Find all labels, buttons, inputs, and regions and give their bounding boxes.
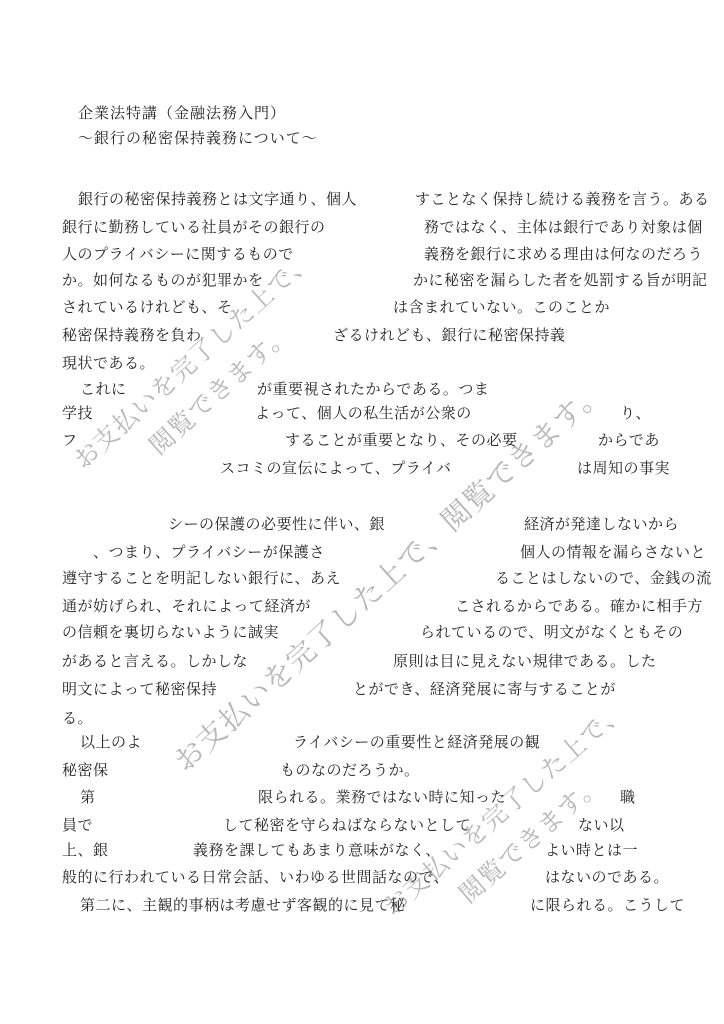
text-fragment: 般的に行われている日常会話、いわゆる世間話なので、 <box>62 870 449 887</box>
text-fragment: の信頼を裏切らないように誠実 <box>62 625 279 642</box>
text-fragment: ることはしないので、金銭の流 <box>495 571 712 588</box>
text-fragment: これに <box>80 382 127 399</box>
text-fragment: 経済が発達しないから <box>524 517 679 534</box>
text-fragment: ない以 <box>578 818 625 835</box>
text-fragment: 、つまり、プライバシーが保護さ <box>93 545 325 562</box>
document-page: お支払いを完了した上で、閲覧できます。お支払いを完了した上で、閲覧できます。お支… <box>0 0 724 1024</box>
text-fragment: よって、個人の私生活が公衆の <box>255 406 472 423</box>
text-fragment: 第二に、主観的事柄は考慮せず客観的に見て秘 <box>80 898 406 915</box>
text-fragment: が重要視されたからである。つま <box>257 382 489 399</box>
text-fragment: 明文によって秘密保持 <box>62 682 217 699</box>
text-fragment: シーの保護の必要性に伴い、銀 <box>168 517 385 534</box>
text-fragment: されているけれども、そ <box>62 300 233 317</box>
text-fragment: すことなく保持し続ける義務を言う。ある <box>415 192 710 209</box>
text-fragment: 原則は目に見えない規律である。した <box>393 654 657 671</box>
document-title: 企業法特講（金融法務入門） <box>78 106 286 123</box>
text-fragment: はないのである。 <box>545 870 669 887</box>
text-fragment: 員で <box>62 818 93 835</box>
text-fragment: り、 <box>620 406 651 423</box>
text-fragment: 人のプライバシーに関するもので <box>62 247 294 264</box>
text-fragment: 銀行の秘密保持義務とは文字通り、個人 <box>78 192 357 209</box>
text-fragment: は周知の事実 <box>577 461 670 478</box>
text-fragment: 第 <box>80 790 96 807</box>
text-fragment: か。如何なるものが犯罪かを <box>62 273 264 290</box>
text-fragment: 秘密保 <box>62 763 109 780</box>
text-fragment: よい時とは一 <box>545 843 638 860</box>
text-fragment: 学技 <box>62 406 93 423</box>
text-fragment: ものなのだろうか。 <box>280 763 420 780</box>
text-fragment: することが重要となり、その必要 <box>285 433 518 450</box>
text-fragment: があると言える。しかしな <box>62 654 248 671</box>
text-fragment: からであ <box>598 433 660 450</box>
text-fragment: は含まれていない。このことか <box>393 300 610 317</box>
text-fragment: こされるからである。確かに相手方 <box>455 599 703 616</box>
text-fragment: 義務を銀行に求める理由は何なのだろう <box>424 247 703 264</box>
text-fragment: る。 <box>62 711 93 728</box>
text-fragment: 務ではなく、主体は銀行であり対象は個 <box>424 220 703 237</box>
text-fragment: られているので、明文がなくともその <box>420 625 683 642</box>
text-fragment: 職 <box>620 790 636 807</box>
text-fragment: フ <box>62 433 78 450</box>
text-fragment: スコミの宣伝によって、プライバ <box>220 461 451 478</box>
text-fragment: 秘密保持義務を負わ <box>62 328 202 345</box>
text-fragment: 以上のよ <box>80 735 142 752</box>
text-fragment: 義務を課してもあまり意味がなく、 <box>193 843 441 860</box>
text-fragment: 通が妨げられ、それによって経済が <box>62 599 311 616</box>
text-fragment: とができ、経済発展に寄与することが <box>353 682 616 699</box>
document-subtitle: ～銀行の秘密保持義務について～ <box>78 131 318 148</box>
text-fragment: ライバシーの重要性と経済発展の観 <box>293 735 540 752</box>
text-fragment: して秘密を守らねばならないとして <box>223 818 471 835</box>
text-fragment: 銀行に勤務している社員がその銀行の <box>62 220 326 237</box>
text-fragment: 限られる。業務ではない時に知った <box>258 790 506 807</box>
text-fragment: に限られる。こうして <box>530 898 685 915</box>
text-fragment: 上、銀 <box>62 843 109 860</box>
text-fragment: 個人の情報を漏らさないと <box>520 545 706 562</box>
text-fragment: ざるけれども、銀行に秘密保持義 <box>333 328 566 345</box>
text-fragment: 現状である。 <box>62 356 155 373</box>
text-fragment: かに秘密を漏らした者を処罰する旨が明記 <box>413 273 708 290</box>
text-fragment: 遵守することを明記しない銀行に、あえ <box>62 571 341 588</box>
